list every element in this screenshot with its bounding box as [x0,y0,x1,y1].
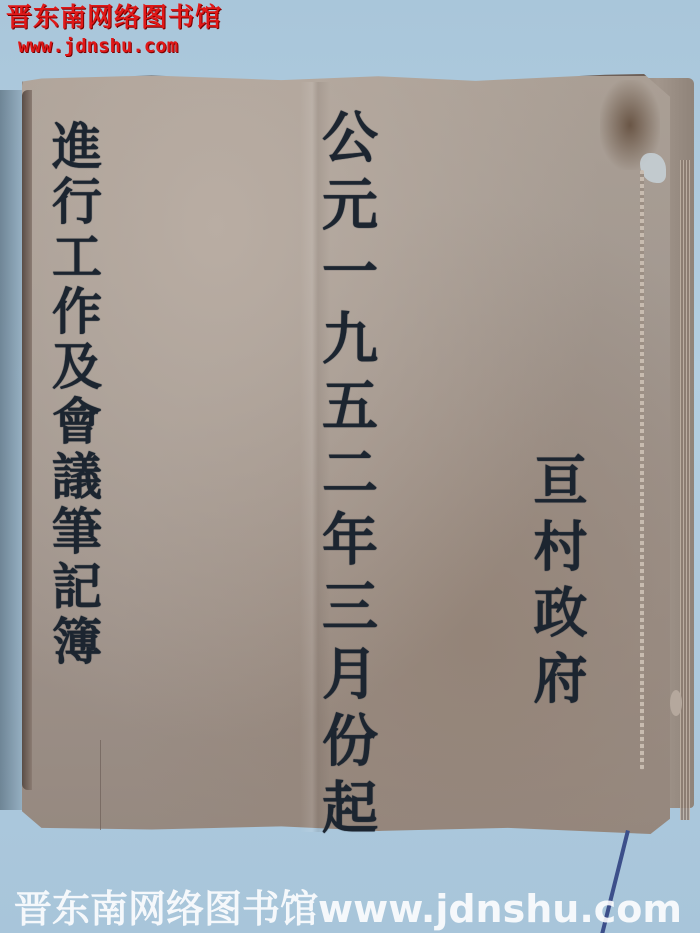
paper-crack [100,740,101,830]
watermark-top: 晋东南网络图书馆 www.jdnshu.com [6,2,222,58]
date-calligraphy: 公元一九五二年三月份起 [318,108,374,845]
notebook-left-edge [22,90,32,790]
watermark-bottom: 晋东南网络图书馆www.jdnshu.com [14,887,682,931]
watermark-top-title: 晋东南网络图书馆 [6,2,222,34]
issuer-calligraphy: 亘村政府 [530,452,584,716]
binding-knot [670,690,682,716]
photo-scene: 進行工作及會議筆記簿 公元一九五二年三月份起 亘村政府 晋东南网络图书馆 www… [0,0,700,933]
title-calligraphy: 進行工作及會議筆記簿 [48,120,98,670]
binding-string [640,170,644,770]
watermark-top-url: www.jdnshu.com [6,34,222,58]
page-stack-edge [680,160,690,820]
